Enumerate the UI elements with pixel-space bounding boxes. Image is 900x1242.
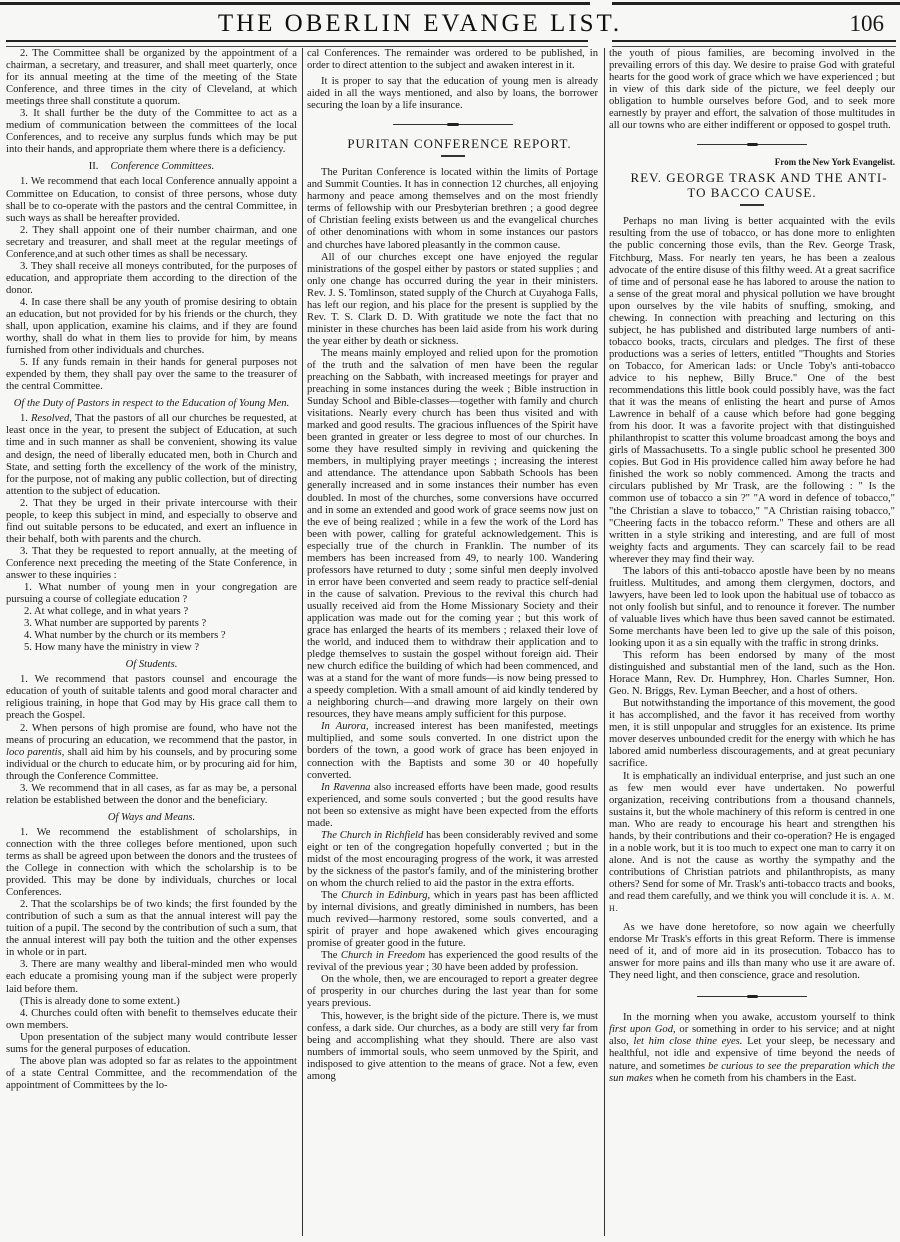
section-heading-duty-of-pastors: Of the Duty of Pastors in respect to the…: [6, 398, 297, 410]
column-divider: [302, 48, 303, 1236]
paragraph: The above plan was adopted so far as rel…: [6, 1056, 297, 1092]
inquiry-item: 4. What number by the church or its memb…: [6, 630, 297, 642]
paragraph: the youth of pious families, are becomin…: [609, 48, 895, 132]
paragraph: 1. We recommend that pastors counsel and…: [6, 674, 297, 722]
paragraph: This, however, is the bright side of the…: [307, 1011, 598, 1083]
paragraph: 1. Resolved, That the pastors of all our…: [6, 413, 297, 497]
paragraph: The means mainly employed and relied upo…: [307, 348, 598, 721]
paragraph: In Ravenna also increased efforts have b…: [307, 782, 598, 830]
left-column: 2. The Committee shall be organized by t…: [6, 48, 297, 1092]
paragraph: But notwithstanding the importance of th…: [609, 698, 895, 770]
masthead: THE OBERLIN EVANGE LIST. 106: [0, 6, 900, 36]
paragraph: 1. We recommend that each local Conferen…: [6, 176, 297, 224]
paragraph: 4. In case there shall be any youth of p…: [6, 297, 297, 357]
inquiry-item: 3. What number are supported by parents …: [6, 618, 297, 630]
right-column: the youth of pious families, are becomin…: [609, 48, 895, 1085]
middle-column: cal Conferences. The remainder was order…: [307, 48, 598, 1083]
newspaper-title: THE OBERLIN EVANGE LIST.: [120, 10, 720, 38]
short-rule: [441, 155, 465, 157]
divider-ornament: [393, 122, 513, 128]
article-source: From the New York Evangelist.: [609, 156, 895, 168]
paragraph: The Church in Richfield has been conside…: [307, 830, 598, 890]
top-rule-right: [612, 2, 900, 5]
paragraph: 2. That they be urged in their private i…: [6, 498, 297, 546]
paragraph: cal Conferences. The remainder was order…: [307, 48, 598, 72]
paragraph: Perhaps no man living is better acquaint…: [609, 216, 895, 565]
paragraph: The Church in Freedom has experienced th…: [307, 950, 598, 974]
paragraph: As we have done heretofore, so now again…: [609, 922, 895, 982]
inquiry-item: 1. What number of young men in your cong…: [6, 582, 297, 606]
paragraph: 3. There are many wealthy and liberal-mi…: [6, 959, 297, 995]
masthead-rule-right: [612, 40, 896, 47]
article-title-george-trask: REV. GEORGE TRASK AND THE ANTI-TO BACCO …: [609, 170, 895, 200]
paragraph: The Puritan Conference is located within…: [307, 167, 598, 251]
paragraph: 1. We recommend the establishment of sch…: [6, 827, 297, 899]
paragraph: It is proper to say that the education o…: [307, 76, 598, 112]
paragraph: The Church in Edinburg, which in years p…: [307, 890, 598, 950]
paragraph: 2. They shall appoint one of their numbe…: [6, 225, 297, 261]
top-rule-left: [0, 2, 590, 5]
paragraph: 2. When persons of high promise are foun…: [6, 723, 297, 783]
paragraph: 3. That they be requested to report annu…: [6, 546, 297, 582]
paragraph-morning: In the morning when you awake, accustom …: [609, 1012, 895, 1084]
paragraph: 3. They shall receive all moneys contrib…: [6, 261, 297, 297]
paragraph: On the whole, then, we are encouraged to…: [307, 974, 598, 1010]
paragraph: The labors of this anti-tobacco apostle …: [609, 566, 895, 650]
paragraph: 2. That the scolarships be of two kinds;…: [6, 899, 297, 959]
article-title-puritan-conference: PURITAN CONFERENCE REPORT.: [307, 136, 598, 151]
paragraph: This reform has been endorsed by many of…: [609, 650, 895, 698]
masthead-rule-left: [6, 40, 588, 47]
short-rule: [740, 204, 764, 206]
divider-ornament: [697, 142, 807, 148]
paragraph: It is emphatically an individual enterpr…: [609, 771, 895, 916]
paragraph: In Aurora, increased interest has been m…: [307, 721, 598, 781]
section-heading-conference-committees: II.Conference Committees.: [6, 161, 297, 173]
page-number: 106: [850, 10, 885, 38]
paragraph: (This is already done to some extent.): [6, 996, 297, 1008]
inquiry-item: 5. How many have the ministry in view ?: [6, 642, 297, 654]
divider-ornament: [697, 994, 807, 1000]
paragraph: 4. Churches could often with benefit to …: [6, 1008, 297, 1032]
paragraph: 5. If any funds remain in their hands fo…: [6, 357, 297, 393]
paragraph: 3. It shall further be the duty of the C…: [6, 108, 297, 156]
paragraph: 2. The Committee shall be organized by t…: [6, 48, 297, 108]
inquiry-item: 2. At what college, and in what years ?: [6, 606, 297, 618]
section-heading-ways-and-means: Of Ways and Means.: [6, 812, 297, 824]
column-divider: [604, 48, 605, 1236]
section-heading-of-students: Of Students.: [6, 659, 297, 671]
paragraph: Upon presentation of the subject many wo…: [6, 1032, 297, 1056]
paragraph: 3. We recommend that in all cases, as fa…: [6, 783, 297, 807]
paragraph: All of our churches except one have enjo…: [307, 252, 598, 348]
